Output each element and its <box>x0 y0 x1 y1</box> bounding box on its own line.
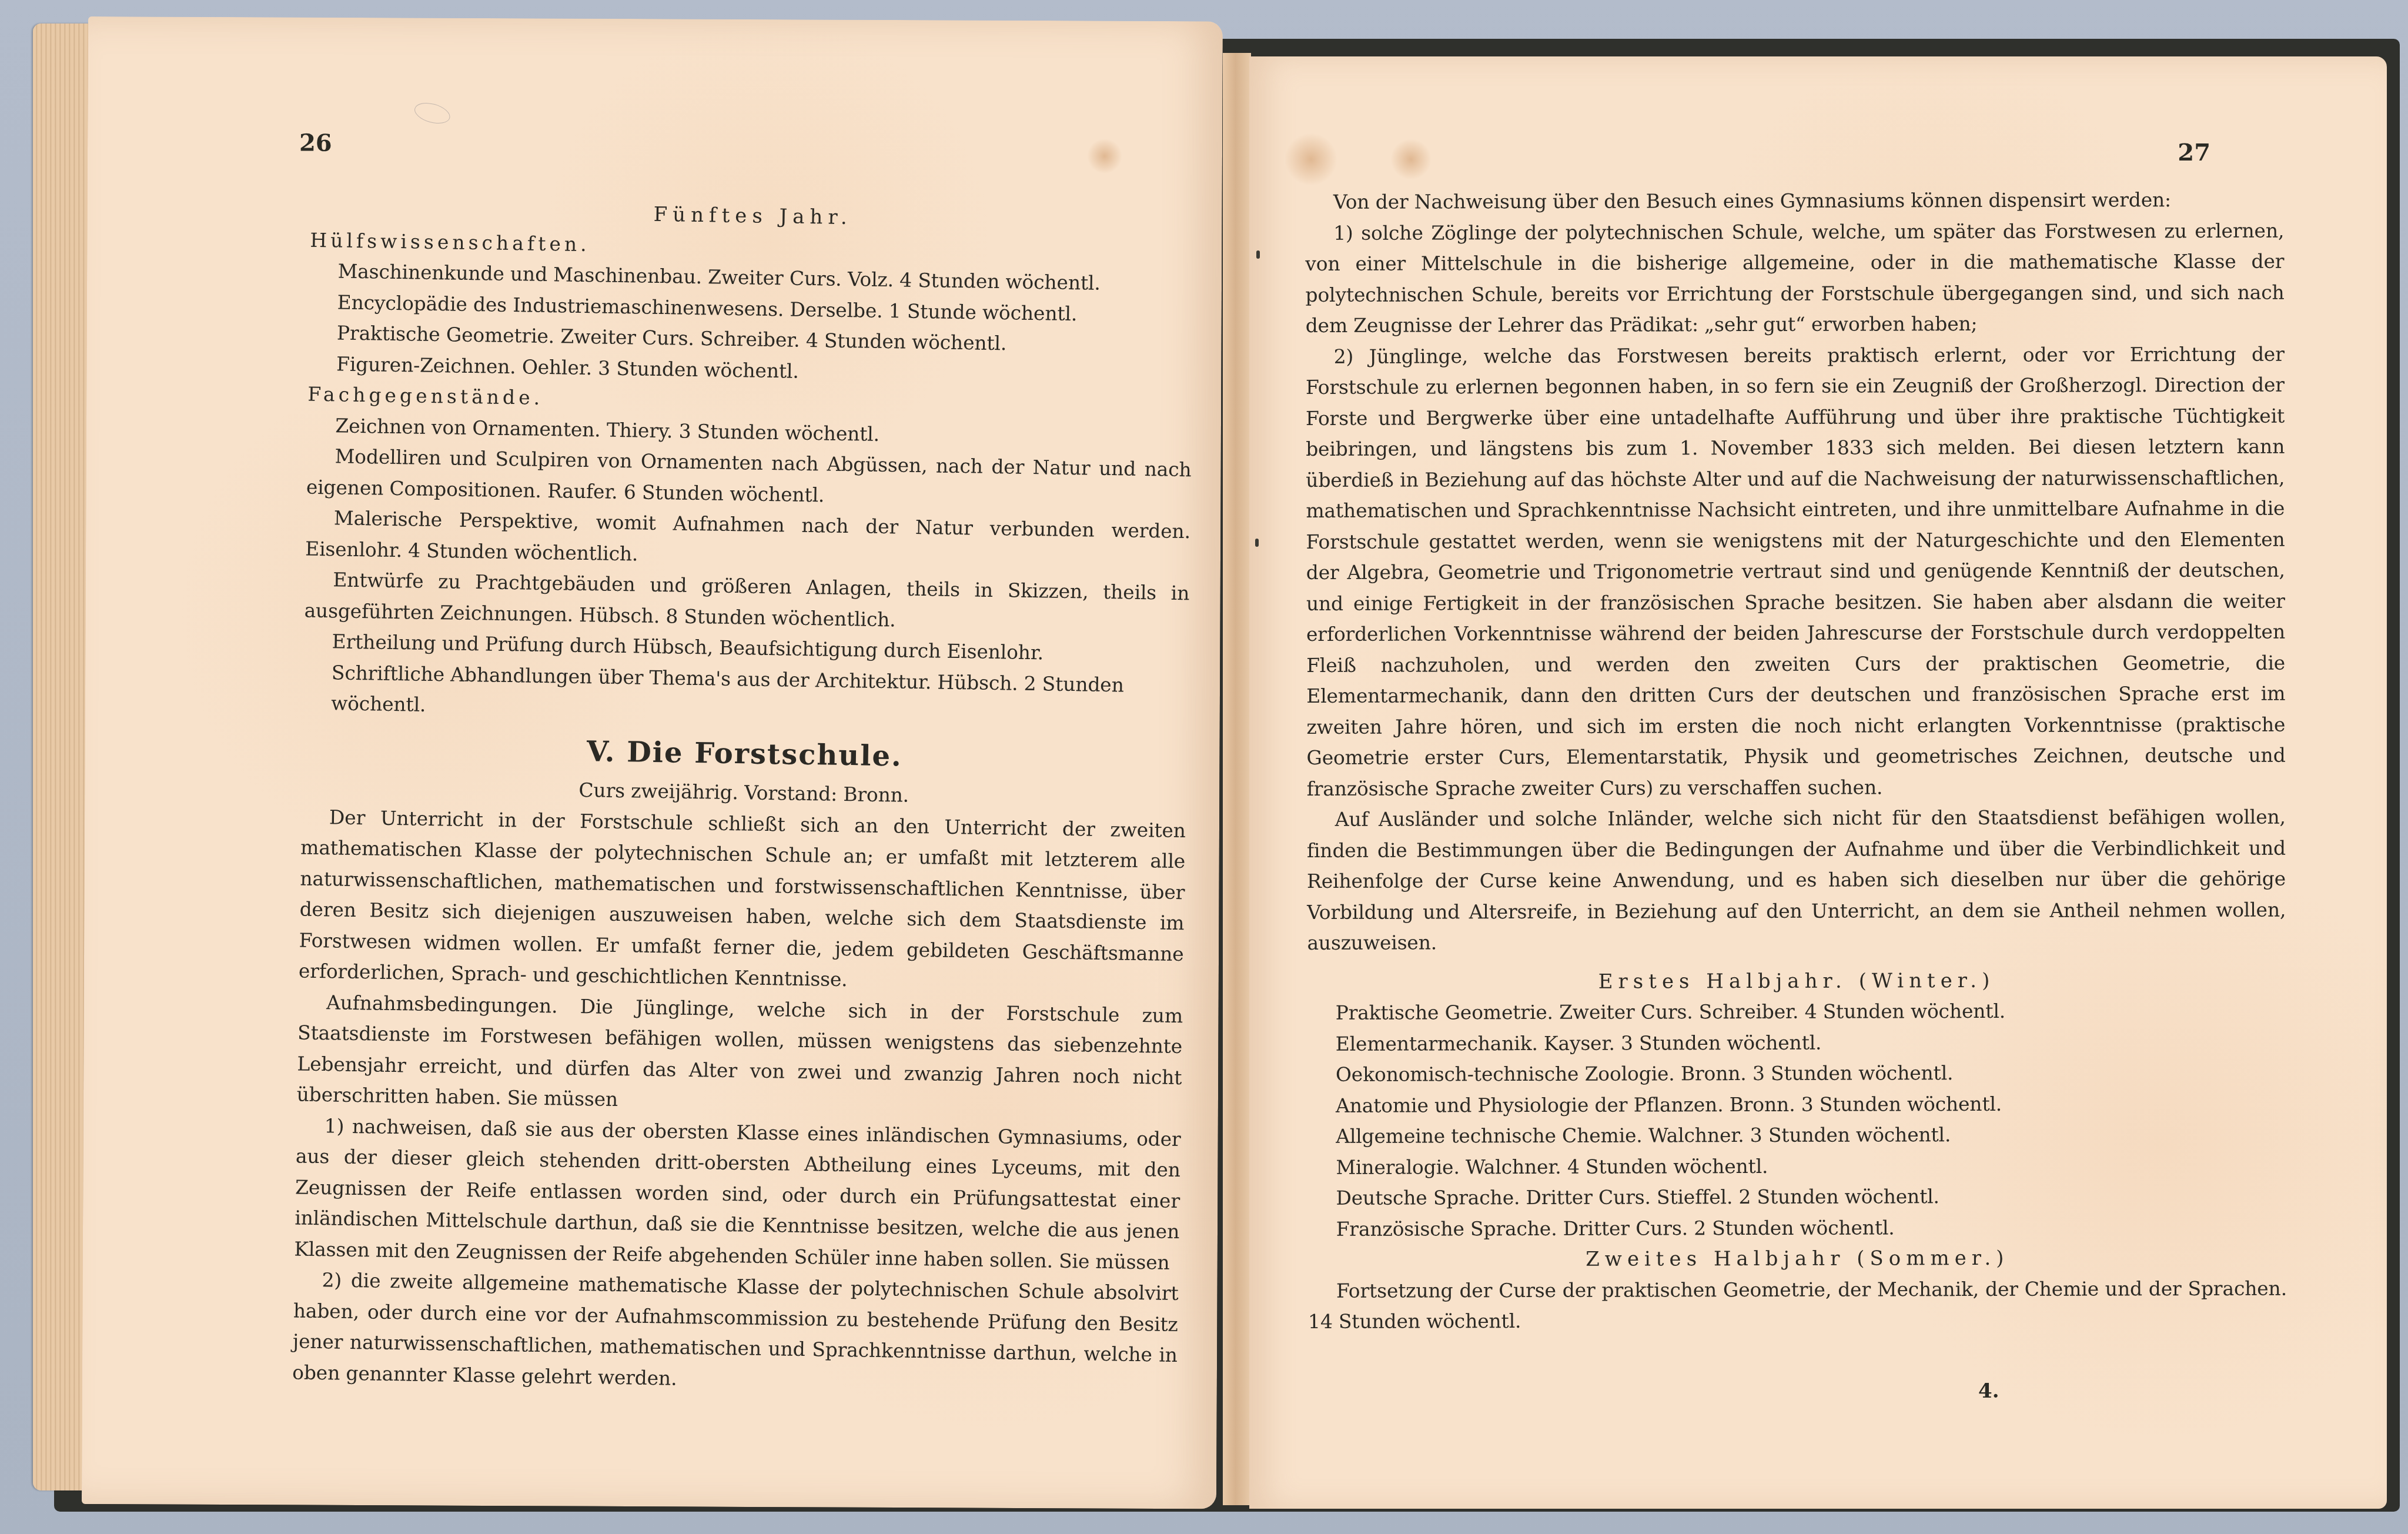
course-item: Französische Sprache. Dritter Curs. 2 St… <box>1308 1211 2287 1245</box>
left-page: 26 Fünftes Jahr. Hülfswissenschaften. Ma… <box>82 16 1223 1509</box>
course-item: Oekonomisch-technische Zoologie. Bronn. … <box>1307 1057 2286 1091</box>
body-paragraph: Von der Nachweisung über den Besuch eine… <box>1305 185 2284 218</box>
right-page-text: Von der Nachweisung über den Besuch eine… <box>1305 185 2287 1338</box>
body-paragraph: 1) nachweisen, daß sie aus der obersten … <box>294 1110 1181 1278</box>
margin-mark <box>1256 250 1260 259</box>
body-paragraph: Der Unterricht in der Forstschule schlie… <box>299 801 1186 1001</box>
chapter-title: V. Die Forstschule. <box>302 731 1187 776</box>
course-item: Schriftliche Abhandlungen über Thema's a… <box>303 657 1188 733</box>
right-page: 27 Von der Nachweisung über den Besuch e… <box>1249 56 2387 1509</box>
body-paragraph: Aufnahmsbedingungen. Die Jünglinge, welc… <box>296 987 1183 1124</box>
paper-stain <box>1390 139 1432 180</box>
book-gutter <box>1223 53 1251 1505</box>
course-item: Allgemeine technische Chemie. Walchner. … <box>1307 1119 2286 1152</box>
left-page-text: Fünftes Jahr. Hülfswissenschaften. Masch… <box>292 194 1196 1402</box>
course-item: Mineralogie. Walchner. 4 Stunden wöchent… <box>1307 1149 2286 1183</box>
margin-mark <box>1255 539 1259 547</box>
body-paragraph: 1) solche Zöglinge der polytechnischen S… <box>1305 215 2285 341</box>
body-paragraph: 2) die zweite allgemeine mathematische K… <box>292 1264 1179 1402</box>
page-number: 27 <box>2178 139 2210 166</box>
pencil-scribble <box>412 99 452 127</box>
paper-stain <box>1087 138 1122 173</box>
semester-heading-winter: Erstes Halbjahr. (Winter.) <box>1307 964 2286 998</box>
body-paragraph: Fortsetzung der Curse der praktischen Ge… <box>1308 1273 2287 1337</box>
course-item: Deutsche Sprache. Dritter Curs. Stieffel… <box>1307 1181 2286 1214</box>
course-item: Anatomie und Physiologie der Pflanzen. B… <box>1307 1088 2286 1121</box>
paper-stain <box>1285 133 1337 186</box>
body-paragraph: Auf Ausländer und solche Inländer, welch… <box>1307 802 2286 959</box>
course-item: Praktische Geometrie. Zweiter Curs. Schr… <box>1307 995 2286 1029</box>
semester-heading-summer: Zweites Halbjahr (Sommer.) <box>1308 1242 2287 1276</box>
signature-mark: 4. <box>1978 1379 1999 1403</box>
page-number: 26 <box>299 129 332 157</box>
course-item: Elementarmechanik. Kayser. 3 Stunden wöc… <box>1307 1026 2286 1060</box>
body-paragraph: 2) Jünglinge, welche das Forstwesen bere… <box>1306 339 2286 804</box>
